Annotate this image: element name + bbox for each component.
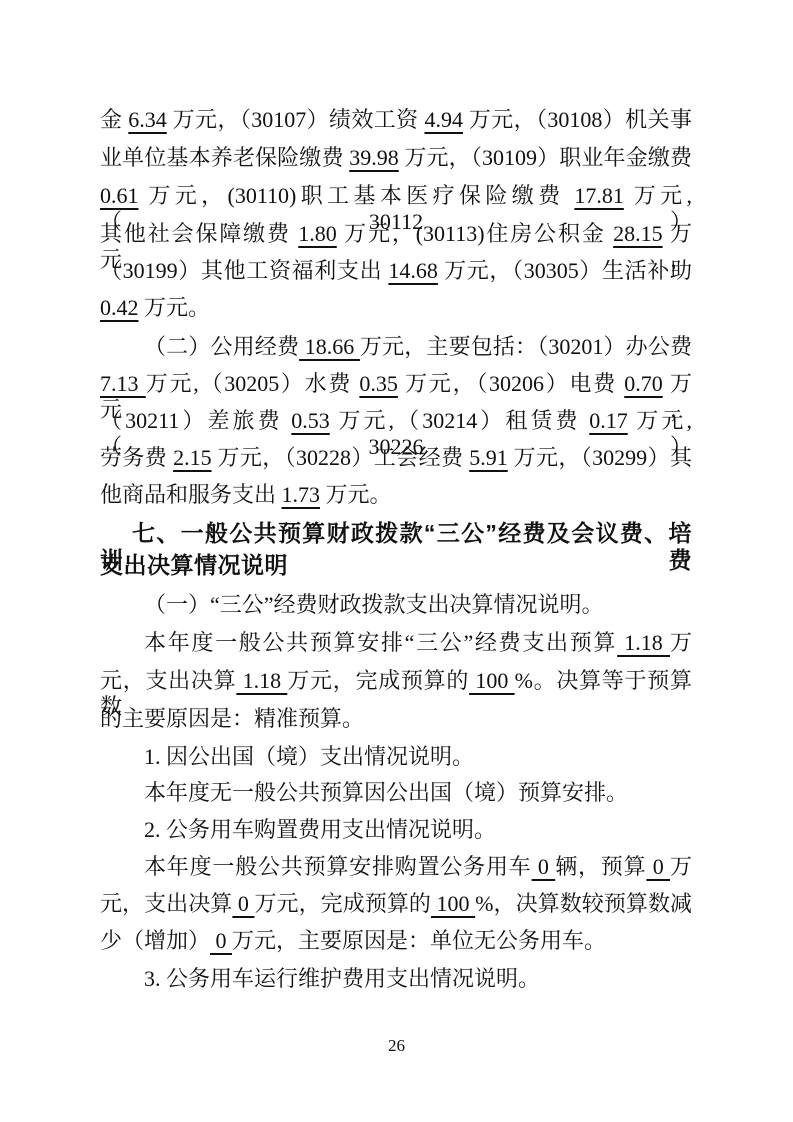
text-line: 本年度一般公共预算安排购置公务用车 0 辆，预算 0 万 — [100, 854, 692, 880]
underlined-value: 0.70 — [624, 371, 663, 396]
text-line: （一）“三公”经费财政拨款支出决算情况说明。 — [100, 592, 692, 618]
text-segment: 他商品和服务支出 — [100, 482, 282, 507]
text-segment: 业单位基本养老保险缴费 — [100, 145, 349, 170]
underlined-value: 0.17 — [589, 408, 628, 433]
text-line: 2. 公务用车购置费用支出情况说明。 — [100, 817, 692, 843]
text-line: 本年度一般公共预算安排“三公”经费支出预算 1.18 万 — [100, 630, 692, 656]
text-segment: 1. 因公出国（境）支出情况说明。 — [144, 744, 474, 769]
text-line: 0.42 万元。 — [100, 295, 692, 321]
text-segment: （30211）差旅费 — [100, 408, 291, 433]
text-segment: 万 — [670, 630, 692, 655]
text-segment: 万元，完成预算的 — [287, 668, 469, 693]
text-segment: 劳务费 — [100, 445, 173, 470]
text-segment: %，决算数较预算数减 — [475, 891, 692, 916]
underlined-value: 5.91 — [469, 445, 508, 470]
underlined-value: 0.61 — [100, 183, 139, 208]
text-segment: 万元，（30107）绩效工资 — [167, 107, 425, 132]
text-segment: 万元,（30205）水费 — [146, 371, 360, 396]
underlined-value: 18.66 — [299, 334, 360, 359]
text-segment: 辆，预算 — [555, 854, 646, 879]
underlined-value: 14.68 — [388, 258, 438, 283]
underlined-value: 100 — [431, 891, 475, 916]
underlined-value: 28.15 — [613, 221, 663, 246]
underlined-value: 6.34 — [128, 107, 167, 132]
text-segment: 本年度一般公共预算安排“三公”经费支出预算 — [144, 630, 617, 655]
text-segment: 3. 公务用车运行维护费用支出情况说明。 — [144, 966, 540, 991]
text-segment: 其他社会保障缴费 — [100, 221, 298, 246]
text-line: 的主要原因是：精准预算。 — [100, 706, 692, 732]
text-line: 业单位基本养老保险缴费 39.98 万元，（30109）职业年金缴费 — [100, 145, 692, 171]
text-segment: 万元，（30206）电费 — [398, 371, 624, 396]
underlined-value: 7.13 — [100, 371, 146, 396]
text-line: 本年度无一般公共预算因公出国（境）预算安排。 — [100, 780, 692, 806]
text-segment: （30199）其他工资福利支出 — [100, 258, 388, 283]
text-segment: 万元，主要包括：（30201）办公费 — [360, 334, 692, 359]
underlined-value: 100 — [469, 668, 514, 693]
underlined-value: 4.94 — [424, 107, 463, 132]
text-segment: 的主要原因是：精准预算。 — [100, 706, 364, 731]
text-segment: 2. 公务用车购置费用支出情况说明。 — [144, 817, 496, 842]
document-page: 金 6.34 万元，（30107）绩效工资 4.94 万元，（30108）机关事… — [0, 0, 793, 1122]
text-segment: （一）“三公”经费财政拨款支出决算情况说明。 — [144, 592, 604, 617]
text-line: 劳务费 2.15 万元，（30228）工会经费 5.91 万元，（30299）其 — [100, 445, 692, 471]
text-line: 支出决算情况说明 — [100, 552, 692, 579]
text-segment: 少（增加） — [100, 928, 210, 953]
underlined-value: 1.80 — [298, 221, 337, 246]
text-segment: 支出决算情况说明 — [100, 552, 288, 578]
text-line: 元，支出决算 0 万元，完成预算的 100 %，决算数较预算数减 — [100, 891, 692, 917]
text-segment: 万元，（30108）机关事 — [463, 107, 692, 132]
text-segment: 万 — [670, 854, 692, 879]
underlined-value: 0 — [232, 891, 254, 916]
text-line: （二）公用经费 18.66 万元，主要包括：（30201）办公费 — [100, 334, 692, 360]
text-segment: 本年度一般公共预算安排购置公务用车 — [144, 854, 532, 879]
text-segment: 万元，（30305）生活补助 — [438, 258, 692, 283]
text-segment: 元，支出决算 — [100, 891, 232, 916]
text-line: 金 6.34 万元，（30107）绩效工资 4.94 万元，（30108）机关事 — [100, 107, 692, 133]
text-segment: 万元,（30214）租赁费 — [330, 408, 589, 433]
underlined-value: 0 — [532, 854, 556, 879]
underlined-value: 39.98 — [349, 145, 399, 170]
text-segment: 万元。 — [139, 295, 211, 320]
page-number: 26 — [0, 1036, 793, 1056]
text-segment: 元，支出决算 — [100, 668, 236, 693]
text-line: 1. 因公出国（境）支出情况说明。 — [100, 744, 692, 770]
underlined-value: 0.35 — [359, 371, 398, 396]
underlined-value: 0.53 — [291, 408, 330, 433]
text-line: （30199）其他工资福利支出 14.68 万元，（30305）生活补助 — [100, 258, 692, 284]
text-segment: 金 — [100, 107, 128, 132]
underlined-value: 1.18 — [236, 668, 287, 693]
underlined-value: 0 — [646, 854, 670, 879]
text-segment: 万元，完成预算的 — [255, 891, 432, 916]
text-segment: 万元，(30113)住房公积金 — [337, 221, 613, 246]
underlined-value: 1.73 — [282, 482, 321, 507]
underlined-value: 0.42 — [100, 295, 139, 320]
text-segment: 万元，主要原因是：单位无公务用车。 — [232, 928, 606, 953]
text-line: 3. 公务用车运行维护费用支出情况说明。 — [100, 966, 692, 992]
underlined-value: 1.18 — [617, 630, 670, 655]
text-line: 少（增加） 0 万元，主要原因是：单位无公务用车。 — [100, 928, 692, 954]
text-segment: 本年度无一般公共预算因公出国（境）预算安排。 — [144, 780, 628, 805]
text-segment: 万元，(30110)职工基本医疗保险缴费 — [139, 183, 575, 208]
text-line: 他商品和服务支出 1.73 万元。 — [100, 482, 692, 508]
underlined-value: 17.81 — [574, 183, 624, 208]
text-segment: 万元，（30299）其 — [508, 445, 692, 470]
text-segment: （二）公用经费 — [144, 334, 299, 359]
text-segment: 万元，（30109）职业年金缴费 — [399, 145, 692, 170]
underlined-value: 2.15 — [173, 445, 212, 470]
underlined-value: 0 — [210, 928, 232, 953]
text-segment: 万元。 — [320, 482, 392, 507]
text-segment: 万元，（30228）工会经费 — [212, 445, 470, 470]
